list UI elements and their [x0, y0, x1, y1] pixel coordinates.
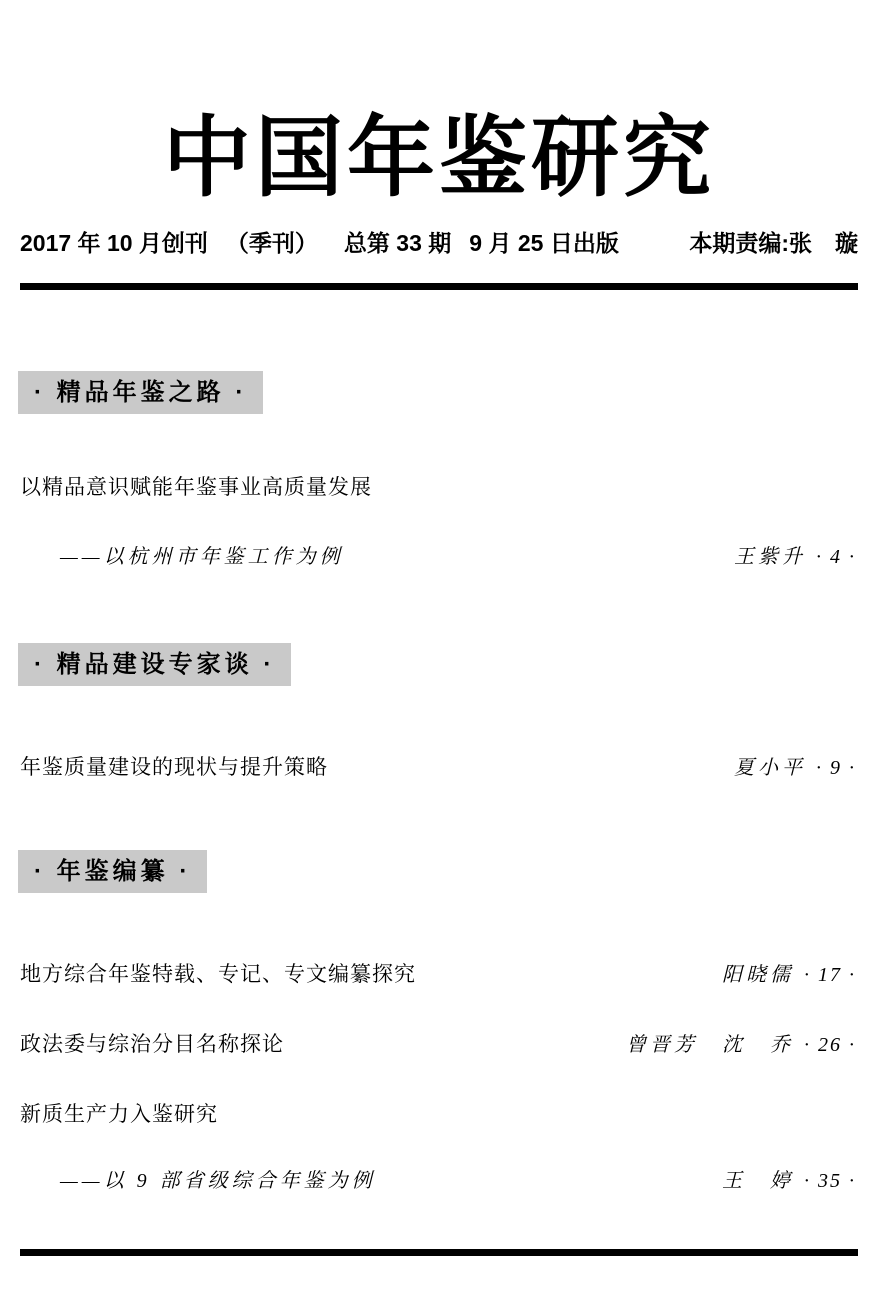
info-publish-date: 9 月 25 日出版: [469, 229, 619, 257]
journal-title: 中国年鉴研究: [0, 106, 878, 208]
article-page-number: · 4 ·: [816, 542, 856, 572]
article-authors: 王紫升: [734, 542, 806, 572]
article-title: 以精品意识赋能年鉴事业高质量发展: [20, 472, 372, 502]
article-title: 地方综合年鉴特载、专记、专文编纂探究: [20, 959, 416, 989]
info-issue-number: 总第 33 期: [344, 229, 451, 257]
article-row: ——以 9 部省级综合年鉴为例 王 婷 · 35 ·: [20, 1166, 856, 1196]
info-founded: 2017 年 10 月创刊: [20, 229, 208, 257]
article-authors: 曾晋芳 沈 乔: [626, 1030, 794, 1060]
article-row: ——以杭州市年鉴工作为例 王紫升 · 4 ·: [20, 542, 856, 572]
section-header-yearbook-compilation: · 年鉴编纂 ·: [18, 850, 207, 893]
article-byline: 阳晓儒 · 17 ·: [722, 960, 856, 990]
article-row: 年鉴质量建设的现状与提升策略 夏小平 · 9 ·: [20, 752, 856, 783]
article-title: 年鉴质量建设的现状与提升策略: [20, 752, 328, 782]
article-authors: 阳晓儒: [722, 960, 794, 990]
article-title: 政法委与综治分目名称探论: [20, 1029, 284, 1059]
article-row: 地方综合年鉴特载、专记、专文编纂探究 阳晓儒 · 17 ·: [20, 959, 856, 990]
article-authors: 夏小平: [734, 753, 806, 783]
section-header-boutique-yearbook-path: · 精品年鉴之路 ·: [18, 371, 263, 414]
journal-info-line: 2017 年 10 月创刊 （季刊） 总第 33 期 9 月 25 日出版 本期…: [20, 229, 858, 257]
article-page-number: · 9 ·: [816, 753, 856, 783]
article-row: 新质生产力入鉴研究: [20, 1099, 856, 1129]
article-byline: 王紫升 · 4 ·: [734, 542, 856, 572]
article-row: 以精品意识赋能年鉴事业高质量发展: [20, 472, 856, 502]
article-byline: 王 婷 · 35 ·: [722, 1166, 856, 1196]
article-page-number: · 17 ·: [804, 960, 856, 990]
journal-contents-page: 中国年鉴研究 2017 年 10 月创刊 （季刊） 总第 33 期 9 月 25…: [0, 0, 878, 1316]
article-subtitle: ——以杭州市年鉴工作为例: [20, 542, 344, 572]
article-page-number: · 26 ·: [804, 1030, 856, 1060]
article-byline: 夏小平 · 9 ·: [734, 753, 856, 783]
top-rule-divider: [20, 283, 858, 290]
article-subtitle: ——以 9 部省级综合年鉴为例: [20, 1166, 376, 1196]
article-authors: 王 婷: [722, 1166, 794, 1196]
article-page-number: · 35 ·: [804, 1166, 856, 1196]
info-frequency: （季刊）: [226, 229, 318, 257]
section-header-expert-talks: · 精品建设专家谈 ·: [18, 643, 291, 686]
article-row: 政法委与综治分目名称探论 曾晋芳 沈 乔 · 26 ·: [20, 1029, 856, 1060]
bottom-rule-divider: [20, 1249, 858, 1256]
info-editor: 本期责编:张 璇: [689, 229, 858, 257]
article-byline: 曾晋芳 沈 乔 · 26 ·: [626, 1030, 856, 1060]
article-title: 新质生产力入鉴研究: [20, 1099, 218, 1129]
